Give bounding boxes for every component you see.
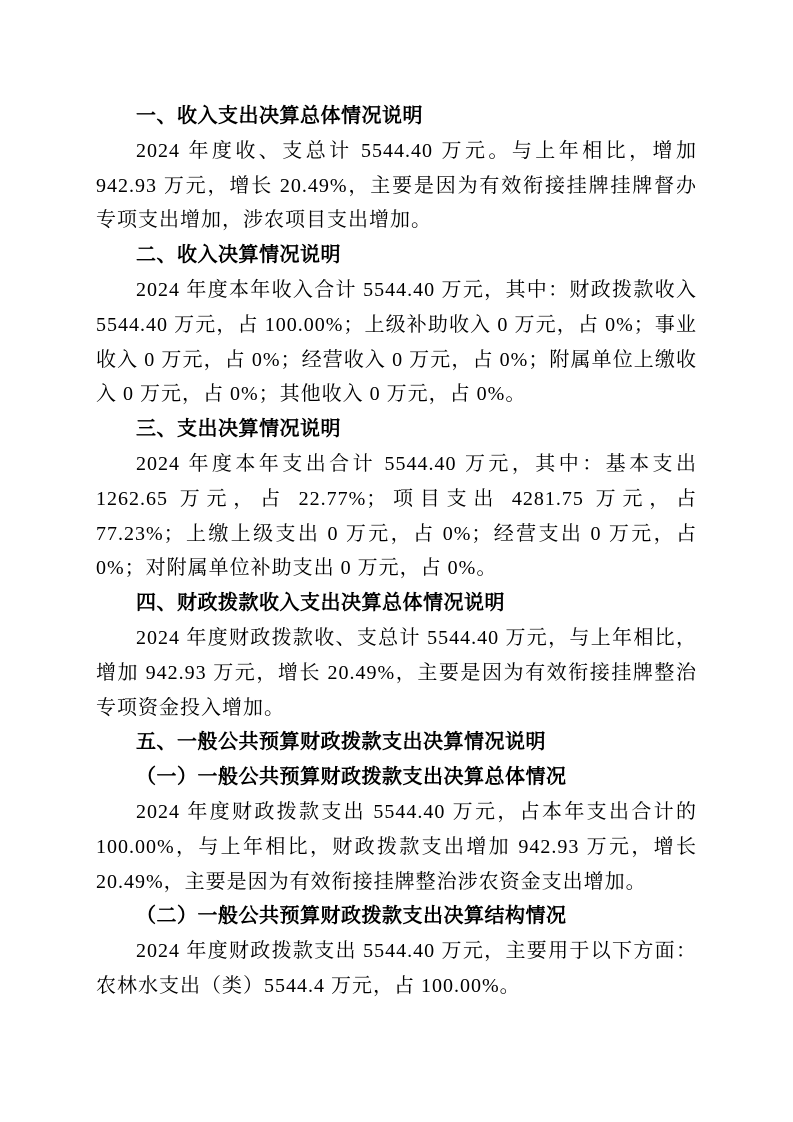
document-content: 一、收入支出决算总体情况说明 2024 年度收、支总计 5544.40 万元。与… [96,99,697,1004]
section-2-heading: 二、收入决算情况说明 [96,238,697,273]
section-4-paragraph: 2024 年度财政拨款收、支总计 5544.40 万元，与上年相比，增加 942… [96,621,697,725]
section-1-paragraph: 2024 年度收、支总计 5544.40 万元。与上年相比，增加 942.93 … [96,134,697,238]
document-page: 一、收入支出决算总体情况说明 2024 年度收、支总计 5544.40 万元。与… [0,0,793,1122]
section-5-paragraph-1: 2024 年度财政拨款支出 5544.40 万元，占本年支出合计的 100.00… [96,795,697,899]
section-5-subheading-2: （二）一般公共预算财政拨款支出决算结构情况 [96,899,697,934]
section-4-heading: 四、财政拨款收入支出决算总体情况说明 [96,586,697,621]
section-5-heading: 五、一般公共预算财政拨款支出决算情况说明 [96,725,697,760]
section-2-paragraph: 2024 年度本年收入合计 5544.40 万元，其中：财政拨款收入 5544.… [96,273,697,412]
section-5-subheading-1: （一）一般公共预算财政拨款支出决算总体情况 [96,760,697,795]
section-3-paragraph: 2024 年度本年支出合计 5544.40 万元，其中：基本支出 1262.65… [96,447,697,586]
section-3-heading: 三、支出决算情况说明 [96,412,697,447]
section-5-paragraph-2: 2024 年度财政拨款支出 5544.40 万元，主要用于以下方面：农林水支出（… [96,934,697,1004]
section-1-heading: 一、收入支出决算总体情况说明 [96,99,697,134]
